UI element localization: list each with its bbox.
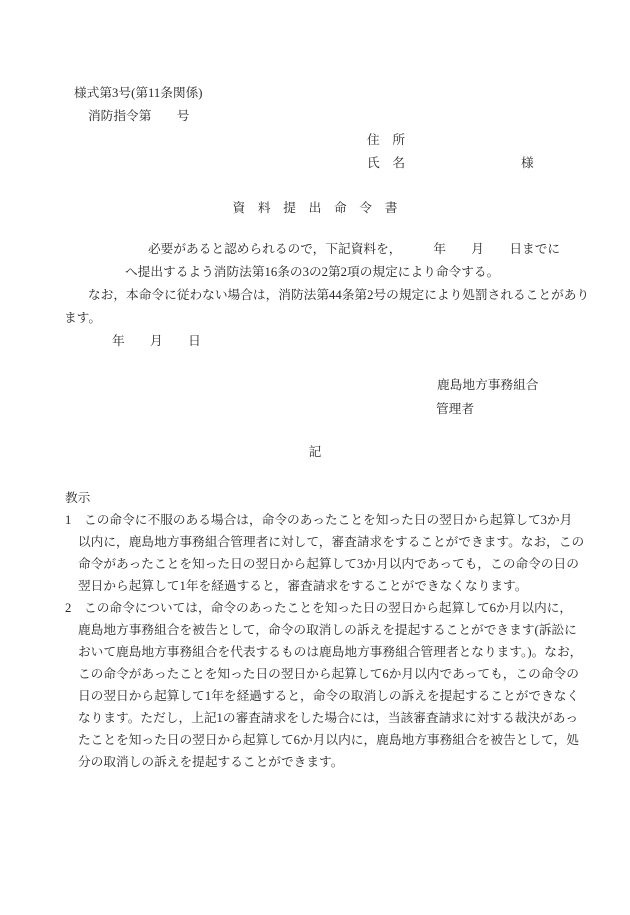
- instruction2-line: 鹿島地方事務組合を被告として，命令の取消しの訴えを提起することができます(訴訟に: [78, 623, 577, 637]
- issue-date-line: 年 月 日: [112, 334, 201, 348]
- instruction2-line: おいて鹿島地方事務組合を代表するものは鹿島地方事務組合管理者となります。)。なお…: [78, 645, 582, 659]
- instruction2-line: 分の取消しの訴えを提起することができます。: [78, 755, 343, 769]
- body-line-1: 必要があると認められるので，下記資料を， 年 月 日までに: [148, 242, 560, 256]
- body-line-3: なお，本命令に従わない場合は，消防法第44条第2号の規定により処罰されることがあ…: [88, 288, 589, 302]
- instruction1-line: 命令があったことを知った日の翌日から起算して3か月以内であっても，この命令の日の: [78, 557, 579, 571]
- instruction1-line: 1 この命令に不服のある場合は，命令のあったことを知った日の翌日から起算して3か…: [65, 513, 572, 527]
- body-line-4: ます。: [64, 311, 101, 325]
- issuer-title: 管理者: [436, 402, 474, 416]
- form-reference: 様式第3号(第11条関係): [74, 86, 203, 100]
- body-line-2: へ提出するよう消防法第16条の3の2第2項の規定により命令する。: [125, 265, 499, 279]
- document-title: 資 料 提 出 命 令 書: [0, 201, 630, 215]
- instruction2-line: たことを知った日の翌日から起算して6か月以内に，鹿島地方事務組合を被告として，処: [78, 733, 579, 747]
- instruction2-line: この命令があったことを知った日の翌日から起算して6か月以内であっても，この命令の: [78, 667, 579, 681]
- instruction2-line: なります。ただし，上記1の審査請求をした場合には，当該審査請求に対する裁決があっ: [78, 711, 578, 725]
- document-page: 様式第3号(第11条関係) 消防指令第 号 住 所 氏 名 様 資 料 提 出 …: [0, 0, 630, 915]
- instructions-heading: 教示: [65, 491, 90, 505]
- instruction2-line: 2 この命令については，命令のあったことを知った日の翌日から起算して6か月以内に…: [65, 601, 572, 615]
- directive-number-line: 消防指令第 号: [88, 109, 190, 123]
- instruction1-line: 以内に，鹿島地方事務組合管理者に対して，審査請求をすることができます。なお，この: [78, 535, 584, 549]
- instruction2-line: 日の翌日から起算して1年を経過すると，命令の取消しの訴えを提起することができなく: [78, 689, 579, 703]
- recipient-address-label: 住 所: [367, 133, 405, 147]
- issuer-organization: 鹿島地方事務組合: [437, 378, 539, 392]
- recipient-honorific: 様: [521, 156, 534, 170]
- instruction1-line: 翌日から起算して1年を経過すると，審査請求をすることができなくなります。: [78, 579, 527, 593]
- recipient-name-label: 氏 名: [367, 156, 405, 170]
- record-marker: 記: [0, 445, 630, 459]
